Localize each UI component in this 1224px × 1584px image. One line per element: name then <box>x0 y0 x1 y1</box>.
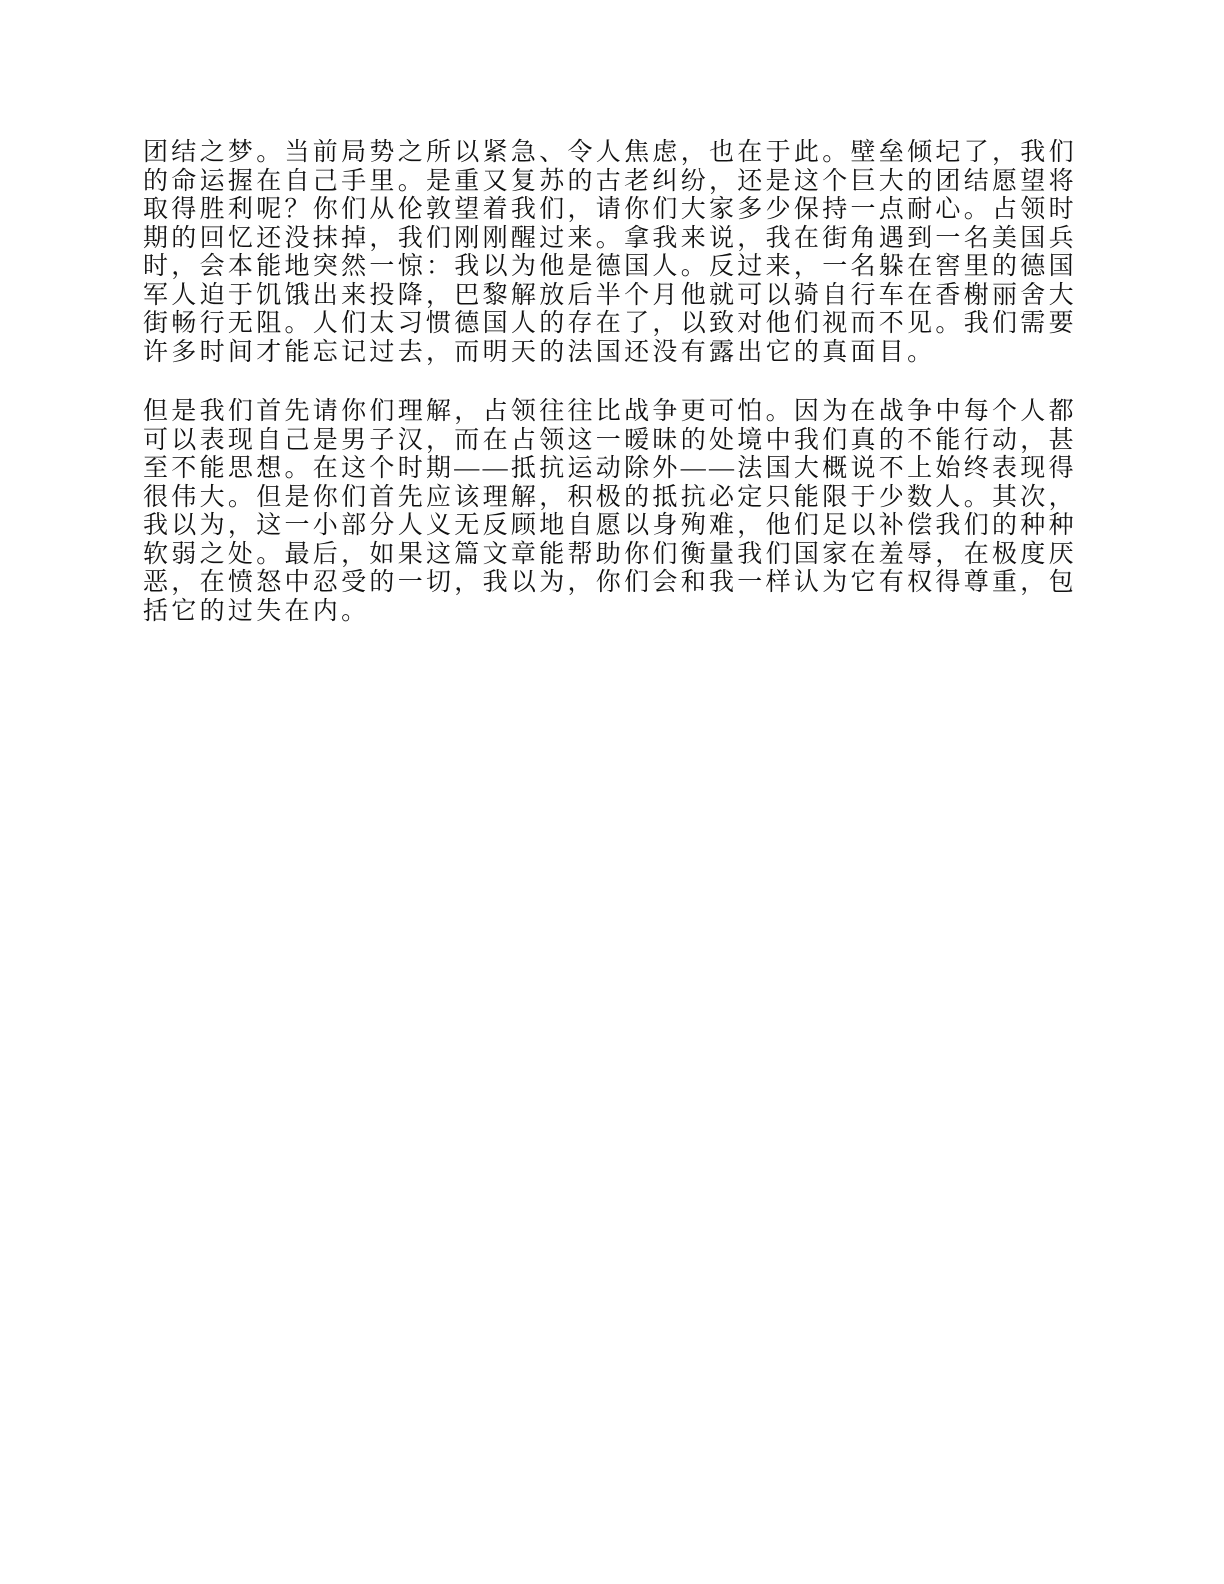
text-line: 团结之梦。当前局势之所以紧急、令人焦虑，也在于此。壁垒倾圮了，我们 <box>143 139 1103 168</box>
document-page-body: { "page": { "background_color": "#ffffff… <box>0 0 1224 1584</box>
text-line: 军人迫于饥饿出来投降，巴黎解放后半个月他就可以骑自行车在香榭丽舍大 <box>143 282 1103 311</box>
text-line: 软弱之处。最后，如果这篇文章能帮助你们衡量我们国家在羞辱，在极度厌 <box>143 541 1103 570</box>
text-line: 很伟大。但是你们首先应该理解，积极的抵抗必定只能限于少数人。其次， <box>143 484 1103 513</box>
paragraph-1: 团结之梦。当前局势之所以紧急、令人焦虑，也在于此。壁垒倾圮了，我们 的命运握在自… <box>143 139 1103 367</box>
text-line: 但是我们首先请你们理解，占领往往比战争更可怕。因为在战争中每个人都 <box>143 398 1103 427</box>
text-line: 期的回忆还没抹掉，我们刚刚醒过来。拿我来说，我在街角遇到一名美国兵 <box>143 225 1103 254</box>
text-line: 至不能思想。在这个时期——抵抗运动除外——法国大概说不上始终表现得 <box>143 455 1103 484</box>
text-block: 团结之梦。当前局势之所以紧急、令人焦虑，也在于此。壁垒倾圮了，我们 的命运握在自… <box>143 139 1103 626</box>
text-line: 取得胜利呢？你们从伦敦望着我们，请你们大家多少保持一点耐心。占领时 <box>143 196 1103 225</box>
text-line: 时，会本能地突然一惊：我以为他是德国人。反过来，一名躲在窖里的德国 <box>143 253 1103 282</box>
text-line: 的命运握在自己手里。是重又复苏的古老纠纷，还是这个巨大的团结愿望将 <box>143 168 1103 197</box>
text-line: 许多时间才能忘记过去，而明天的法国还没有露出它的真面目。 <box>143 339 1103 368</box>
text-line: 恶，在愤怒中忍受的一切，我以为，你们会和我一样认为它有权得尊重，包 <box>143 569 1103 598</box>
text-line: 括它的过失在内。 <box>143 598 1103 627</box>
document-page: 团结之梦。当前局势之所以紧急、令人焦虑，也在于此。壁垒倾圮了，我们 的命运握在自… <box>0 0 1224 1584</box>
text-line: 街畅行无阻。人们太习惯德国人的存在了，以致对他们视而不见。我们需要 <box>143 310 1103 339</box>
paragraph-2: 但是我们首先请你们理解，占领往往比战争更可怕。因为在战争中每个人都 可以表现自己… <box>143 398 1103 626</box>
text-line: 可以表现自己是男子汉，而在占领这一暧昧的处境中我们真的不能行动，甚 <box>143 427 1103 456</box>
text-line: 我以为，这一小部分人义无反顾地自愿以身殉难，他们足以补偿我们的种种 <box>143 512 1103 541</box>
